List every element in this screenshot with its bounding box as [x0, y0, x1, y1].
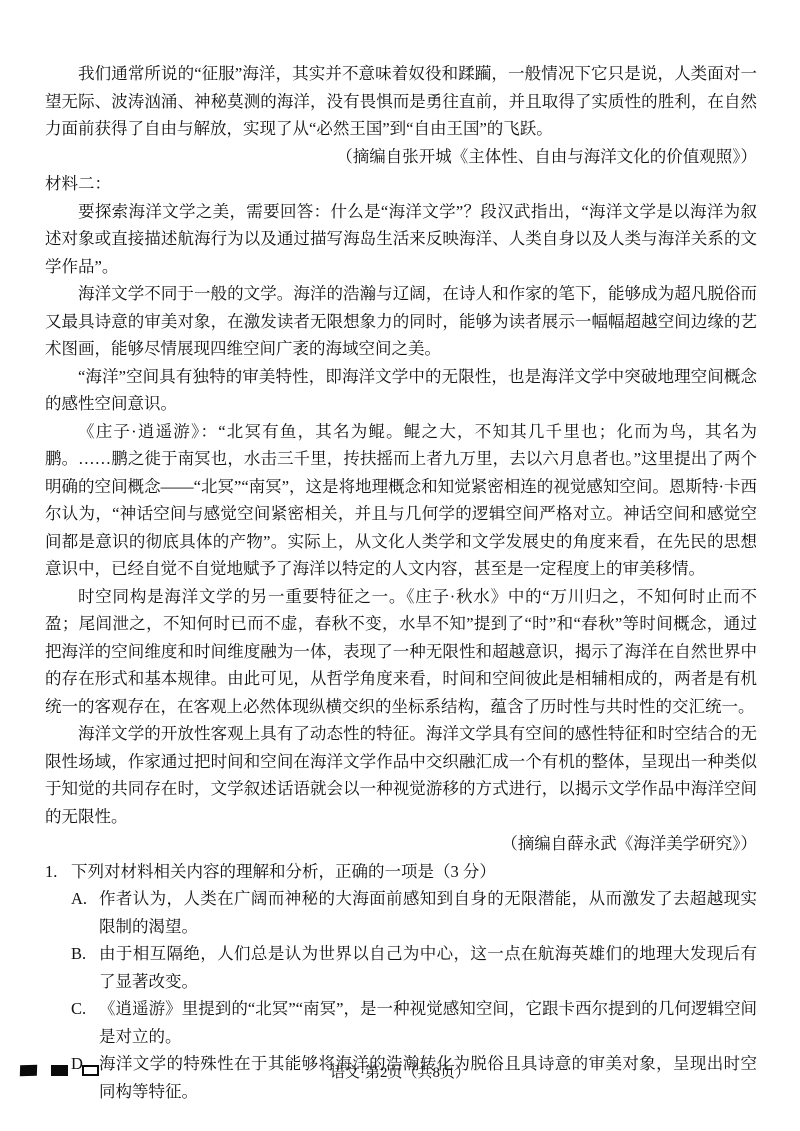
option-c-text: 《逍遥游》里提到的“北冥”“南冥”，是一种视觉感知空间，它跟卡西尔提到的几何逻辑… — [99, 995, 757, 1050]
option-a-text: 作者认为，人类在广阔而神秘的大海面前感知到自身的无限潜能，从而激发了去超越现实限… — [99, 885, 757, 940]
material-two-heading: 材料二： — [45, 170, 757, 198]
option-b-text: 由于相互隔绝，人们总是认为世界以自己为中心，这一点在航海英雄们的地理大发现后有了… — [99, 940, 757, 995]
option-a-label: A. — [71, 885, 99, 940]
page-content: 我们通常所说的“征服”海洋，其实并不意味着奴役和蹂躏，一般情况下它只是说，人类面… — [45, 60, 757, 1105]
material-two-paragraph-5: 时空同构是海洋文学的另一重要特征之一。《庄子·秋水》中的“万川归之，不知何时止而… — [45, 583, 757, 721]
question-1-number: 1. — [45, 858, 71, 886]
question-1-stem-row: 1. 下列对材料相关内容的理解和分析，正确的一项是（3 分） — [45, 858, 757, 886]
option-b-label: B. — [71, 940, 99, 995]
material-one-closing-paragraph: 我们通常所说的“征服”海洋，其实并不意味着奴役和蹂躏，一般情况下它只是说，人类面… — [45, 60, 757, 143]
question-1-option-c: C. 《逍遥游》里提到的“北冥”“南冥”，是一种视觉感知空间，它跟卡西尔提到的几… — [45, 995, 757, 1050]
option-c-label: C. — [71, 995, 99, 1050]
material-one-attribution: （摘编自张开城《主体性、自由与海洋文化的价值观照》） — [45, 143, 757, 171]
material-two-paragraph-1: 要探索海洋文学之美，需要回答：什么是“海洋文学”？段汉武指出，“海洋文学是以海洋… — [45, 198, 757, 281]
question-1-option-b: B. 由于相互隔绝，人们总是认为世界以自己为中心，这一点在航海英雄们的地理大发现… — [45, 940, 757, 995]
material-two-paragraph-4: 《庄子·逍遥游》：“北冥有鱼，其名为鲲。鲲之大，不知其几千里也；化而为鸟，其名为… — [45, 418, 757, 583]
question-1-option-a: A. 作者认为，人类在广阔而神秘的大海面前感知到自身的无限潜能，从而激发了去超越… — [45, 885, 757, 940]
material-two-paragraph-2: 海洋文学不同于一般的文学。海洋的浩瀚与辽阔，在诗人和作家的笔下，能够成为超凡脱俗… — [45, 280, 757, 363]
question-1-stem: 下列对材料相关内容的理解和分析，正确的一项是（3 分） — [71, 858, 757, 886]
material-two-paragraph-6: 海洋文学的开放性客观上具有了动态性的特征。海洋文学具有空间的感性特征和时空结合的… — [45, 720, 757, 830]
exam-paper-page: 我们通常所说的“征服”海洋，其实并不意味着奴役和蹂躏，一般情况下它只是说，人类面… — [0, 0, 800, 1131]
page-footer-label: 语文·第2页（共8页） — [0, 1063, 800, 1083]
material-two-attribution: （摘编自薛永武《海洋美学研究》） — [45, 830, 757, 858]
material-two-paragraph-3: “海洋”空间具有独特的审美特性，即海洋文学中的无限性，也是海洋文学中突破地理空间… — [45, 363, 757, 418]
